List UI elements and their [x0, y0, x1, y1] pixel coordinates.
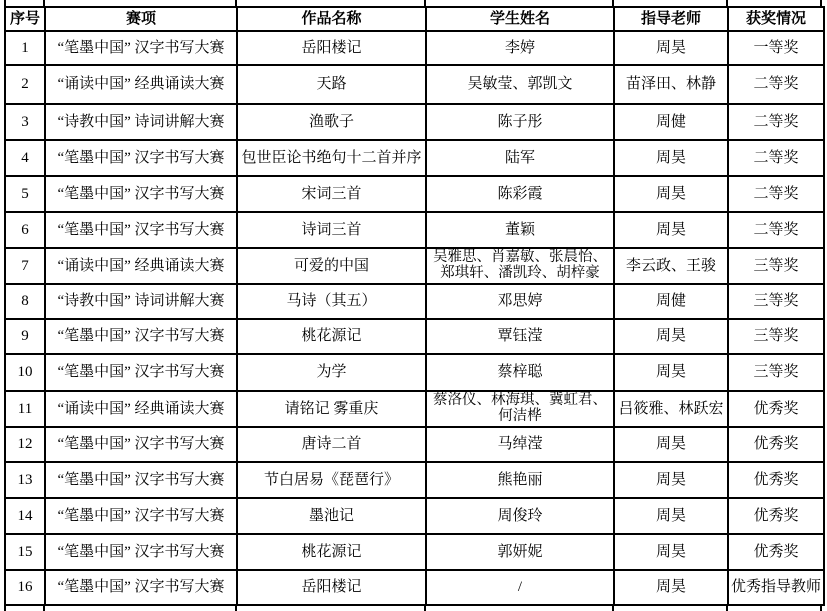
cell-event: “笔墨中国” 汉字书写大赛	[45, 354, 237, 391]
cell-students: 郭妍妮	[426, 534, 614, 570]
cell-work: 桃花源记	[237, 319, 426, 354]
cell-index: 10	[5, 354, 45, 391]
table-row: 13“笔墨中国” 汉字书写大赛节白居易《琵琶行》熊艳丽周昊优秀奖	[5, 462, 824, 498]
cell-event: “笔墨中国” 汉字书写大赛	[45, 427, 237, 462]
cell-award: 优秀奖	[728, 498, 824, 534]
cell-work: 渔歌子	[237, 104, 426, 140]
cell-award: 优秀指导教师	[728, 570, 824, 605]
grid-line-stub	[612, 0, 614, 6]
cell-work: 宋词三首	[237, 176, 426, 212]
cell-index: 7	[5, 248, 45, 284]
cell-award: 三等奖	[728, 284, 824, 319]
table-row: 6“笔墨中国” 汉字书写大赛诗词三首董颖周昊二等奖	[5, 212, 824, 248]
grid-line-stub	[726, 0, 728, 6]
cell-students: 覃钰滢	[426, 319, 614, 354]
cell-index: 4	[5, 140, 45, 176]
table-row: 5“笔墨中国” 汉字书写大赛宋词三首陈彩霞周昊二等奖	[5, 176, 824, 212]
column-header-event: 赛项	[45, 7, 237, 31]
cell-teachers: 苗泽田、林静	[614, 65, 728, 104]
cell-award: 一等奖	[728, 31, 824, 65]
cell-students: 蔡洛仪、林海琪、冀虹君、何洁桦	[426, 391, 614, 427]
cell-teachers: 李云政、王骏	[614, 248, 728, 284]
cell-work: 岳阳楼记	[237, 570, 426, 605]
cell-teachers: 周健	[614, 284, 728, 319]
cell-students: 周俊玲	[426, 498, 614, 534]
cell-teachers: 周昊	[614, 354, 728, 391]
cell-teachers: 周昊	[614, 534, 728, 570]
cell-teachers: 周昊	[614, 462, 728, 498]
cell-event: “笔墨中国” 汉字书写大赛	[45, 462, 237, 498]
cell-work: 桃花源记	[237, 534, 426, 570]
column-header-award: 获奖情况	[728, 7, 824, 31]
table-row: 1“笔墨中国” 汉字书写大赛岳阳楼记李婷周昊一等奖	[5, 31, 824, 65]
table-row: 14“笔墨中国” 汉字书写大赛墨池记周俊玲周昊优秀奖	[5, 498, 824, 534]
column-header-index: 序号	[5, 7, 45, 31]
cell-students: 李婷	[426, 31, 614, 65]
cell-event: “诵读中国” 经典诵读大赛	[45, 65, 237, 104]
cell-teachers: 周昊	[614, 319, 728, 354]
cell-students: /	[426, 570, 614, 605]
cell-award: 优秀奖	[728, 427, 824, 462]
grid-line-stub	[4, 604, 6, 611]
cell-teachers: 周昊	[614, 176, 728, 212]
table-row: 12“笔墨中国” 汉字书写大赛唐诗二首马绰滢周昊优秀奖	[5, 427, 824, 462]
award-table: 序号 赛项 作品名称 学生姓名 指导老师 获奖情况 1“笔墨中国” 汉字书写大赛…	[4, 6, 825, 606]
cell-event: “笔墨中国” 汉字书写大赛	[45, 570, 237, 605]
grid-line-stub	[726, 604, 728, 611]
cell-index: 14	[5, 498, 45, 534]
cell-index: 13	[5, 462, 45, 498]
cell-teachers: 周昊	[614, 140, 728, 176]
cell-teachers: 周昊	[614, 570, 728, 605]
table-row: 8“诗教中国” 诗词讲解大赛马诗（其五）邓思婷周健三等奖	[5, 284, 824, 319]
cell-teachers: 周健	[614, 104, 728, 140]
cell-award: 三等奖	[728, 354, 824, 391]
grid-line-stub	[235, 0, 237, 6]
cell-work: 马诗（其五）	[237, 284, 426, 319]
cell-event: “笔墨中国” 汉字书写大赛	[45, 176, 237, 212]
grid-line-stub	[4, 0, 6, 6]
cell-award: 二等奖	[728, 212, 824, 248]
cell-event: “笔墨中国” 汉字书写大赛	[45, 498, 237, 534]
cell-index: 16	[5, 570, 45, 605]
cell-award: 二等奖	[728, 104, 824, 140]
grid-line-stub	[820, 604, 822, 611]
cell-event: “笔墨中国” 汉字书写大赛	[45, 31, 237, 65]
cell-index: 11	[5, 391, 45, 427]
cell-event: “笔墨中国” 汉字书写大赛	[45, 534, 237, 570]
cell-students: 陈彩霞	[426, 176, 614, 212]
cell-students: 吴敏莹、郭凯文	[426, 65, 614, 104]
cell-students: 邓思婷	[426, 284, 614, 319]
cell-students: 陆军	[426, 140, 614, 176]
cell-work: 诗词三首	[237, 212, 426, 248]
table-row: 9“笔墨中国” 汉字书写大赛桃花源记覃钰滢周昊三等奖	[5, 319, 824, 354]
cell-students: 董颖	[426, 212, 614, 248]
cell-award: 二等奖	[728, 176, 824, 212]
cell-work: 节白居易《琵琶行》	[237, 462, 426, 498]
cell-event: “笔墨中国” 汉字书写大赛	[45, 212, 237, 248]
cell-teachers: 周昊	[614, 31, 728, 65]
grid-line-stub	[43, 604, 45, 611]
grid-line-stub	[424, 604, 426, 611]
cell-teachers: 周昊	[614, 212, 728, 248]
cell-work: 为学	[237, 354, 426, 391]
cell-work: 可爱的中国	[237, 248, 426, 284]
cell-award: 优秀奖	[728, 462, 824, 498]
cell-work: 墨池记	[237, 498, 426, 534]
cell-index: 3	[5, 104, 45, 140]
cell-event: “笔墨中国” 汉字书写大赛	[45, 319, 237, 354]
cell-award: 优秀奖	[728, 391, 824, 427]
grid-line-stub	[43, 0, 45, 6]
cell-index: 9	[5, 319, 45, 354]
cell-work: 包世臣论书绝句十二首并序	[237, 140, 426, 176]
grid-line-stub	[424, 0, 426, 6]
cell-award: 二等奖	[728, 65, 824, 104]
cell-students: 吴雅思、肖嘉敏、张晨怡、郑琪轩、潘凯玲、胡梓豪	[426, 248, 614, 284]
header-row: 序号 赛项 作品名称 学生姓名 指导老师 获奖情况	[5, 7, 824, 31]
cell-award: 三等奖	[728, 319, 824, 354]
table-row: 16“笔墨中国” 汉字书写大赛岳阳楼记/周昊优秀指导教师	[5, 570, 824, 605]
grid-line-stub	[612, 604, 614, 611]
cell-event: “诵读中国” 经典诵读大赛	[45, 391, 237, 427]
cell-index: 12	[5, 427, 45, 462]
cell-award: 优秀奖	[728, 534, 824, 570]
cell-students: 熊艳丽	[426, 462, 614, 498]
cell-work: 天路	[237, 65, 426, 104]
cell-index: 2	[5, 65, 45, 104]
cell-event: “笔墨中国” 汉字书写大赛	[45, 140, 237, 176]
cell-students: 马绰滢	[426, 427, 614, 462]
cell-index: 1	[5, 31, 45, 65]
column-header-work: 作品名称	[237, 7, 426, 31]
table-row: 7“诵读中国” 经典诵读大赛可爱的中国吴雅思、肖嘉敏、张晨怡、郑琪轩、潘凯玲、胡…	[5, 248, 824, 284]
cell-award: 二等奖	[728, 140, 824, 176]
column-header-teachers: 指导老师	[614, 7, 728, 31]
cell-work: 请铭记 雾重庆	[237, 391, 426, 427]
cell-index: 15	[5, 534, 45, 570]
cell-index: 5	[5, 176, 45, 212]
table-row: 2“诵读中国” 经典诵读大赛天路吴敏莹、郭凯文苗泽田、林静二等奖	[5, 65, 824, 104]
cell-students: 蔡梓聪	[426, 354, 614, 391]
table-body: 1“笔墨中国” 汉字书写大赛岳阳楼记李婷周昊一等奖2“诵读中国” 经典诵读大赛天…	[5, 31, 824, 605]
table-row: 15“笔墨中国” 汉字书写大赛桃花源记郭妍妮周昊优秀奖	[5, 534, 824, 570]
award-table-sheet: 序号 赛项 作品名称 学生姓名 指导老师 获奖情况 1“笔墨中国” 汉字书写大赛…	[0, 0, 827, 611]
cell-event: “诗教中国” 诗词讲解大赛	[45, 284, 237, 319]
table-row: 4“笔墨中国” 汉字书写大赛包世臣论书绝句十二首并序陆军周昊二等奖	[5, 140, 824, 176]
cell-teachers: 吕筱雅、林跃宏	[614, 391, 728, 427]
cell-work: 唐诗二首	[237, 427, 426, 462]
table-row: 3“诗教中国” 诗词讲解大赛渔歌子陈子彤周健二等奖	[5, 104, 824, 140]
cell-index: 8	[5, 284, 45, 319]
cell-index: 6	[5, 212, 45, 248]
cell-teachers: 周昊	[614, 498, 728, 534]
cell-work: 岳阳楼记	[237, 31, 426, 65]
grid-line-stub	[820, 0, 822, 6]
cell-award: 三等奖	[728, 248, 824, 284]
cell-event: “诗教中国” 诗词讲解大赛	[45, 104, 237, 140]
cell-students: 陈子彤	[426, 104, 614, 140]
grid-line-stub	[235, 604, 237, 611]
column-header-students: 学生姓名	[426, 7, 614, 31]
cell-teachers: 周昊	[614, 427, 728, 462]
table-row: 10“笔墨中国” 汉字书写大赛为学蔡梓聪周昊三等奖	[5, 354, 824, 391]
cell-event: “诵读中国” 经典诵读大赛	[45, 248, 237, 284]
table-row: 11“诵读中国” 经典诵读大赛请铭记 雾重庆蔡洛仪、林海琪、冀虹君、何洁桦吕筱雅…	[5, 391, 824, 427]
